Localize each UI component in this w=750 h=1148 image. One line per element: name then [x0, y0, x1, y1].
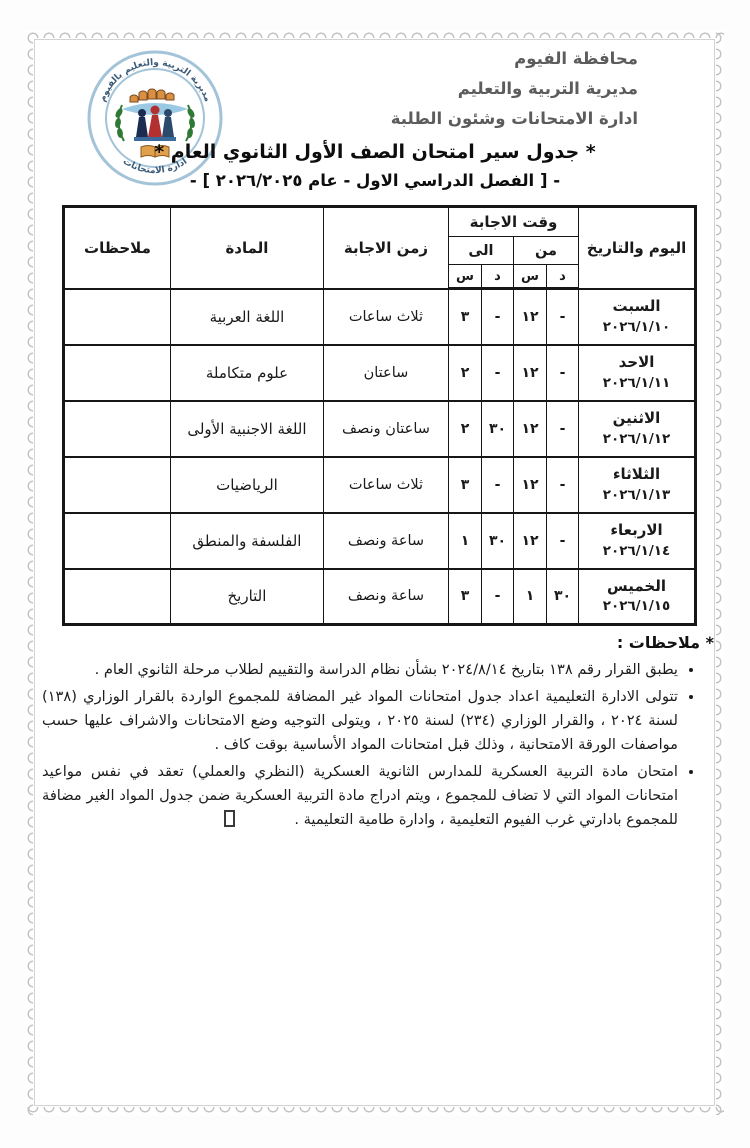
exam-table-body: السبت٢٠٢٦/١/١٠-١٢-٣ثلاث ساعاتاللغة العرب… [63, 289, 695, 625]
notes-section: * ملاحظات : يطبق القرار رقم ١٣٨ بتاريخ ٢… [36, 633, 714, 835]
table-row: الثلاثاء٢٠٢٦/١/١٣-١٢-٣ثلاث ساعاتالرياضيا… [63, 457, 695, 513]
day-name: الاثنين [579, 408, 694, 430]
from-minutes-cell: - [547, 457, 579, 513]
ministry-logo: مديرية التربية والتعليم بالفيوم ادارة ال… [86, 49, 224, 187]
header-from-minutes: د [547, 265, 579, 289]
page-title: * جدول سير امتحان الصف الأول الثانوي الع… [60, 141, 690, 163]
administration-line: ادارة الامتحانات وشئون الطلبة [391, 104, 638, 134]
day-date-cell: الاحد٢٠٢٦/١/١١ [579, 345, 696, 401]
from-hours-cell: ١٢ [514, 289, 547, 345]
subject-cell: الفلسفة والمنطق [170, 513, 323, 569]
date-value: ٢٠٢٦/١/١٢ [579, 430, 694, 450]
day-name: الثلاثاء [579, 464, 694, 486]
duration-cell: ثلاث ساعات [323, 289, 448, 345]
to-hours-cell: ٢ [448, 401, 481, 457]
header-from: من [514, 237, 579, 265]
from-hours-cell: ١٢ [514, 401, 547, 457]
day-date-cell: الخميس٢٠٢٦/١/١٥ [579, 569, 696, 625]
notes-cell [63, 457, 170, 513]
notes-cell [63, 289, 170, 345]
governorate-line: محافظة الفيوم [391, 44, 638, 74]
date-value: ٢٠٢٦/١/١٤ [579, 542, 694, 562]
to-hours-cell: ٣ [448, 569, 481, 625]
to-minutes-cell: - [482, 569, 514, 625]
day-name: الاربعاء [579, 520, 694, 542]
day-date-cell: الاثنين٢٠٢٦/١/١٢ [579, 401, 696, 457]
table-row: السبت٢٠٢٦/١/١٠-١٢-٣ثلاث ساعاتاللغة العرب… [63, 289, 695, 345]
frame-edge-right [716, 30, 726, 1115]
note-item: امتحان مادة التربية العسكرية للمدارس الث… [42, 760, 678, 832]
table-row: الاثنين٢٠٢٦/١/١٢-١٢٣٠٢ساعتان ونصفاللغة ا… [63, 401, 695, 457]
notes-cell [63, 569, 170, 625]
header-to: الى [448, 237, 513, 265]
page-subtitle: - [ الفصل الدراسي الاول - عام ٢٠٢٦/٢٠٢٥ … [60, 171, 690, 190]
notes-cell [63, 345, 170, 401]
day-name: الخميس [579, 576, 694, 598]
duration-cell: ساعتان [323, 345, 448, 401]
header-day-date: اليوم والتاريخ [579, 207, 696, 289]
date-value: ٢٠٢٦/١/١٥ [579, 597, 694, 617]
note-item: يطبق القرار رقم ١٣٨ بتاريخ ٢٠٢٤/٨/١٤ بشأ… [42, 658, 678, 682]
from-hours-cell: ١٢ [514, 513, 547, 569]
table-row: الاحد٢٠٢٦/١/١١-١٢-٢ساعتانعلوم متكاملة [63, 345, 695, 401]
to-minutes-cell: - [482, 457, 514, 513]
from-hours-cell: ١٢ [514, 457, 547, 513]
to-hours-cell: ٣ [448, 457, 481, 513]
organization-header: محافظة الفيوم مديرية التربية والتعليم اد… [391, 44, 638, 134]
exam-schedule-table: اليوم والتاريخ وقت الاجابة زمن الاجابة ا… [62, 205, 697, 626]
notes-heading: * ملاحظات : [36, 633, 714, 652]
day-date-cell: السبت٢٠٢٦/١/١٠ [579, 289, 696, 345]
from-minutes-cell: ٣٠ [547, 569, 579, 625]
logo-figures-icon [134, 106, 176, 142]
date-value: ٢٠٢٦/١/١٠ [579, 318, 694, 338]
subject-cell: اللغة العربية [170, 289, 323, 345]
day-date-cell: الثلاثاء٢٠٢٦/١/١٣ [579, 457, 696, 513]
header-to-minutes: د [482, 265, 514, 289]
to-hours-cell: ١ [448, 513, 481, 569]
header-duration: زمن الاجابة [323, 207, 448, 289]
date-value: ٢٠٢٦/١/١٣ [579, 486, 694, 506]
to-hours-cell: ٣ [448, 289, 481, 345]
subject-cell: اللغة الاجنبية الأولى [170, 401, 323, 457]
subject-cell: علوم متكاملة [170, 345, 323, 401]
day-name: الاحد [579, 352, 694, 374]
from-minutes-cell: - [547, 345, 579, 401]
to-hours-cell: ٢ [448, 345, 481, 401]
from-hours-cell: ١٢ [514, 345, 547, 401]
from-minutes-cell: - [547, 401, 579, 457]
to-minutes-cell: ٣٠ [482, 513, 514, 569]
header-notes: ملاحظات [63, 207, 170, 289]
header-answer-time: وقت الاجابة [448, 207, 578, 237]
note-item: تتولى الادارة التعليمية اعداد جدول امتحا… [42, 685, 678, 757]
duration-cell: ساعتان ونصف [323, 401, 448, 457]
notes-cell [63, 513, 170, 569]
table-row: الخميس٢٠٢٦/١/١٥٣٠١-٣ساعة ونصفالتاريخ [63, 569, 695, 625]
day-date-cell: الاربعاء٢٠٢٦/١/١٤ [579, 513, 696, 569]
duration-cell: ساعة ونصف [323, 569, 448, 625]
notes-cell [63, 401, 170, 457]
header-subject: المادة [170, 207, 323, 289]
from-minutes-cell: - [547, 289, 579, 345]
duration-cell: ساعة ونصف [323, 513, 448, 569]
subject-cell: الرياضيات [170, 457, 323, 513]
from-hours-cell: ١ [514, 569, 547, 625]
header-from-hours: س [514, 265, 547, 289]
to-minutes-cell: - [482, 345, 514, 401]
header-to-hours: س [448, 265, 481, 289]
notes-list: يطبق القرار رقم ١٣٨ بتاريخ ٢٠٢٤/٨/١٤ بشأ… [36, 658, 714, 832]
scanned-exam-schedule-page: { "colors": { "ink": "#161616", "frame_g… [0, 0, 750, 1148]
date-value: ٢٠٢٦/١/١١ [579, 374, 694, 394]
to-minutes-cell: - [482, 289, 514, 345]
missing-glyph-box [224, 810, 235, 827]
from-minutes-cell: - [547, 513, 579, 569]
frame-edge-top [25, 28, 724, 38]
frame-edge-bottom [25, 1107, 724, 1117]
duration-cell: ثلاث ساعات [323, 457, 448, 513]
directorate-line: مديرية التربية والتعليم [391, 74, 638, 104]
frame-edge-left [23, 30, 33, 1115]
table-row: الاربعاء٢٠٢٦/١/١٤-١٢٣٠١ساعة ونصفالفلسفة … [63, 513, 695, 569]
day-name: السبت [579, 296, 694, 318]
subject-cell: التاريخ [170, 569, 323, 625]
to-minutes-cell: ٣٠ [482, 401, 514, 457]
